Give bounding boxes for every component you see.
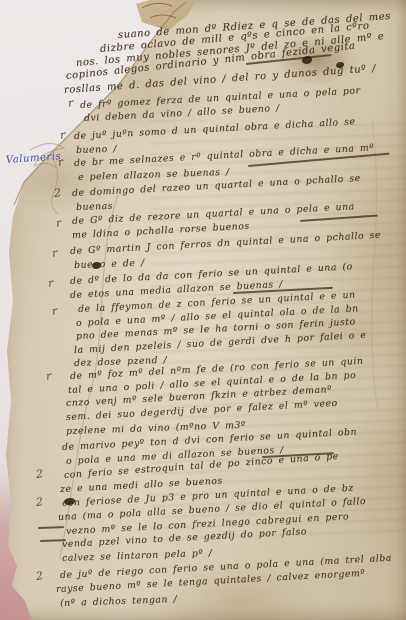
text-line: bueno / [76, 144, 117, 156]
entry-tick-mark: r [59, 128, 66, 142]
text-line: buenas [76, 201, 113, 213]
entry-tick-mark: r [67, 96, 74, 110]
manuscript-photo: suano de mon dº Rdiez e q se de das del … [0, 0, 406, 620]
